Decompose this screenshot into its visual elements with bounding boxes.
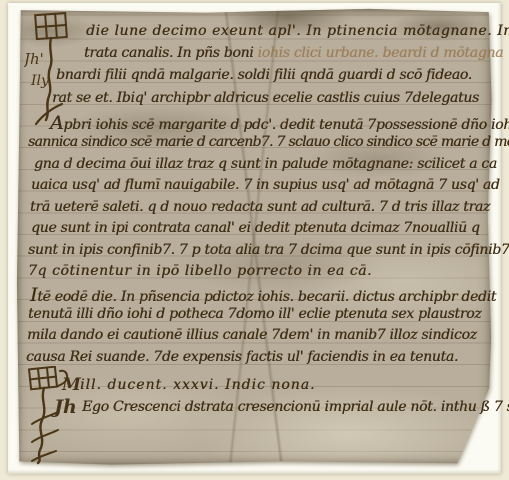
manuscript-date-line: ill. ducent. xxxvi. Indic nona. <box>80 378 316 393</box>
manuscript-line: causa Rei suande. 7de expensis factis ul… <box>26 350 458 365</box>
manuscript-line: que sunt in ipi contrata canal' ei dedit… <box>31 221 480 236</box>
manuscript-line: rat se et. Ibiq' archipbr aldricus eceli… <box>52 91 479 106</box>
manuscript-line: Itē eodē die. In pñsencia pdictoz iohis.… <box>30 285 496 306</box>
manuscript-line: tenutā illi dño iohi d potheca 7domo ill… <box>28 307 481 322</box>
manuscript-line: Apbri iohis scē margarite d pdc'. dedit … <box>50 113 509 134</box>
manuscript-line: trata canalis. In pñs boni iohis clici u… <box>84 46 503 61</box>
notary-monogram: Jh <box>54 396 77 418</box>
manuscript-line: sannica sindico scē marie d carcenb7. 7 … <box>28 135 509 150</box>
manuscript-line: die lune decimo exeunt apl'. In ptinenci… <box>86 24 509 39</box>
manuscript-line: bnardi filii qndā malgarie. soldi filii … <box>56 68 472 83</box>
invocation-letters: Jh' <box>24 50 44 68</box>
manuscript-line: mila dando ei cautionē illius canale 7de… <box>27 328 477 343</box>
manuscript-line: trā ueterē saleti. q d nouo redacta sunt… <box>30 200 490 215</box>
line-segment-faded: iohis clici urbane. beardi d mōtagna <box>258 45 504 61</box>
manuscript-line: uaica usq' ad flumī nauigabile. 7 in sup… <box>31 178 500 193</box>
manuscript-line: sunt in ipis confinib7. 7 p tota alia tr… <box>28 243 509 258</box>
decorated-initial-m: M <box>62 375 81 395</box>
manuscript-line: gna d decima ōui illaz traz q sunt in pa… <box>34 157 497 172</box>
manuscript-notary-line: Ego Crescenci dstrata cresencionū impria… <box>82 400 509 415</box>
invocation-letters: Ily <box>30 73 50 89</box>
manuscript-line: 7q cōtinentur in ipō libello porrecto in… <box>28 264 372 279</box>
line-segment: trata canalis. In pñs boni <box>84 45 258 61</box>
